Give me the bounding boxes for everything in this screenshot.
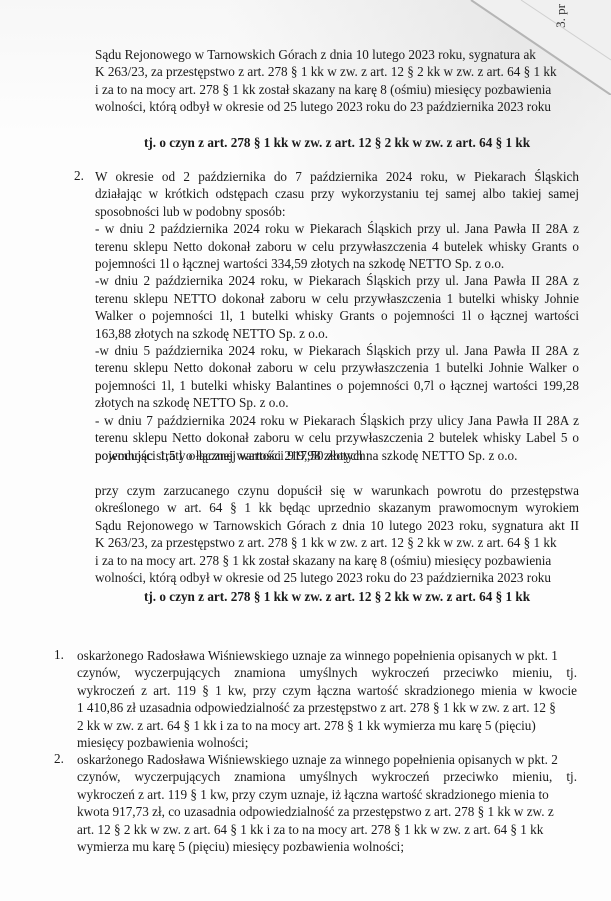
text-line: Walker o pojemności 1l, 1 butelki whisky… — [95, 307, 579, 324]
recidivism-paragraph: przy czym zarzucanego czynu dopuścił się… — [95, 482, 579, 586]
legal-qualification: tj. o czyn z art. 278 § 1 kk w zw. z art… — [95, 589, 579, 605]
verdict-number: 1. — [54, 647, 64, 663]
top-paragraph: Sądu Rejonowego w Tarnowskich Górach z d… — [95, 46, 579, 116]
text-line: - w dniu 2 października 2024 roku w Piek… — [95, 220, 579, 237]
document-page: 3. pr Sądu Rejonowego w Tarnowskich Góra… — [0, 0, 611, 901]
text-line: wymierza mu karę 5 (pięciu) miesięcy poz… — [77, 838, 577, 855]
text-line: -w dniu 5 października 2024 roku, w Piek… — [95, 342, 579, 359]
text-line: 163,88 złotych na szkodę NETTO Sp. z o.o… — [95, 325, 579, 342]
verdict-item-2: oskarżonego Radosława Wiśniewskiego uzna… — [77, 751, 577, 855]
text-line: K 263/23, za przestępstwo z art. 278 § 1… — [95, 534, 579, 551]
text-line: działając w krótkich odstępach czasu prz… — [95, 185, 579, 202]
text-line: pojemności 1l o łącznej wartości 334,59 … — [95, 255, 579, 272]
text-line: i za to na mocy art. 278 § 1 kk został s… — [95, 81, 579, 98]
text-line: 1 410,86 zł uzasadnia odpowiedzialność z… — [77, 699, 577, 716]
text-line: terenu sklepu Netto dokonał zaboru w cel… — [95, 238, 579, 255]
text-line: i za to na mocy art. 278 § 1 kk został s… — [95, 552, 579, 569]
text-line: Sądu Rejonowego w Tarnowskich Górach z d… — [95, 46, 579, 63]
text-line: czynów, wyczerpujących znamiona umyślnyc… — [77, 664, 577, 681]
text-line: czynów, wyczerpujących znamiona umyślnyc… — [77, 768, 577, 785]
text-line: wolności, którą odbył w okresie od 25 lu… — [95, 569, 579, 586]
text-line: W okresie od 2 października do 7 paździe… — [95, 168, 579, 185]
text-line: pojemności 1l, 1 butelki whisky Balantin… — [95, 377, 579, 394]
loss-statement: powodując straty o łącznej wartości 917,… — [95, 447, 579, 464]
corner-note: 3. pr — [553, 4, 569, 28]
text-line: art. 12 § 2 kk w zw. z art. 64 § 1 kk i … — [77, 821, 577, 838]
text-line: -w dniu 2 października 2024 roku, w Piek… — [95, 272, 579, 289]
text-line: Sądu Rejonowego w Tarnowskich Górach z d… — [95, 517, 579, 534]
text-line: - w dniu 7 października 2024 roku w Piek… — [95, 412, 579, 429]
text-line: K 263/23, za przestępstwo z art. 278 § 1… — [95, 63, 579, 80]
text-line: wykroczeń z art. 119 § 1 kw, przy czym u… — [77, 786, 577, 803]
text-line: kwota 917,73 zł, co uzasadnia odpowiedzi… — [77, 803, 577, 820]
charge-2-description: W okresie od 2 października do 7 paździe… — [95, 168, 579, 464]
verdict-item-1: oskarżonego Radosława Wiśniewskiego uzna… — [77, 647, 577, 751]
text-line: terenu sklepu Netto dokonał zaboru w cel… — [95, 429, 579, 446]
text-line: wykroczeń z art. 119 § 1 kw, przy czym ł… — [77, 682, 577, 699]
text-line: przy czym zarzucanego czynu dopuścił się… — [95, 482, 579, 499]
text-line: 2 kk w zw. z art. 64 § 1 kk i za to na m… — [77, 717, 577, 734]
legal-qualification: tj. o czyn z art. 278 § 1 kk w zw. z art… — [95, 135, 579, 151]
text-line: miesięcy pozbawienia wolności; — [77, 734, 577, 751]
charge-number: 2. — [74, 168, 84, 184]
text-line: oskarżonego Radosława Wiśniewskiego uzna… — [77, 647, 577, 664]
text-line: terenu sklepu NETTO dokonał zaboru w cel… — [95, 290, 579, 307]
text-line: terenu sklepu Netto dokonał zaboru w cel… — [95, 359, 579, 376]
text-line: określonego w art. 64 § 1 kk będąc uprze… — [95, 499, 579, 516]
verdict-number: 2. — [54, 751, 64, 767]
text-line: sposobności lub w podobny sposób: — [95, 203, 579, 220]
text-line: złotych na szkodę NETTO Sp. z o.o. — [95, 394, 579, 411]
text-line: oskarżonego Radosława Wiśniewskiego uzna… — [77, 751, 577, 768]
text-line: wolności, którą odbył w okresie od 25 lu… — [95, 98, 579, 115]
